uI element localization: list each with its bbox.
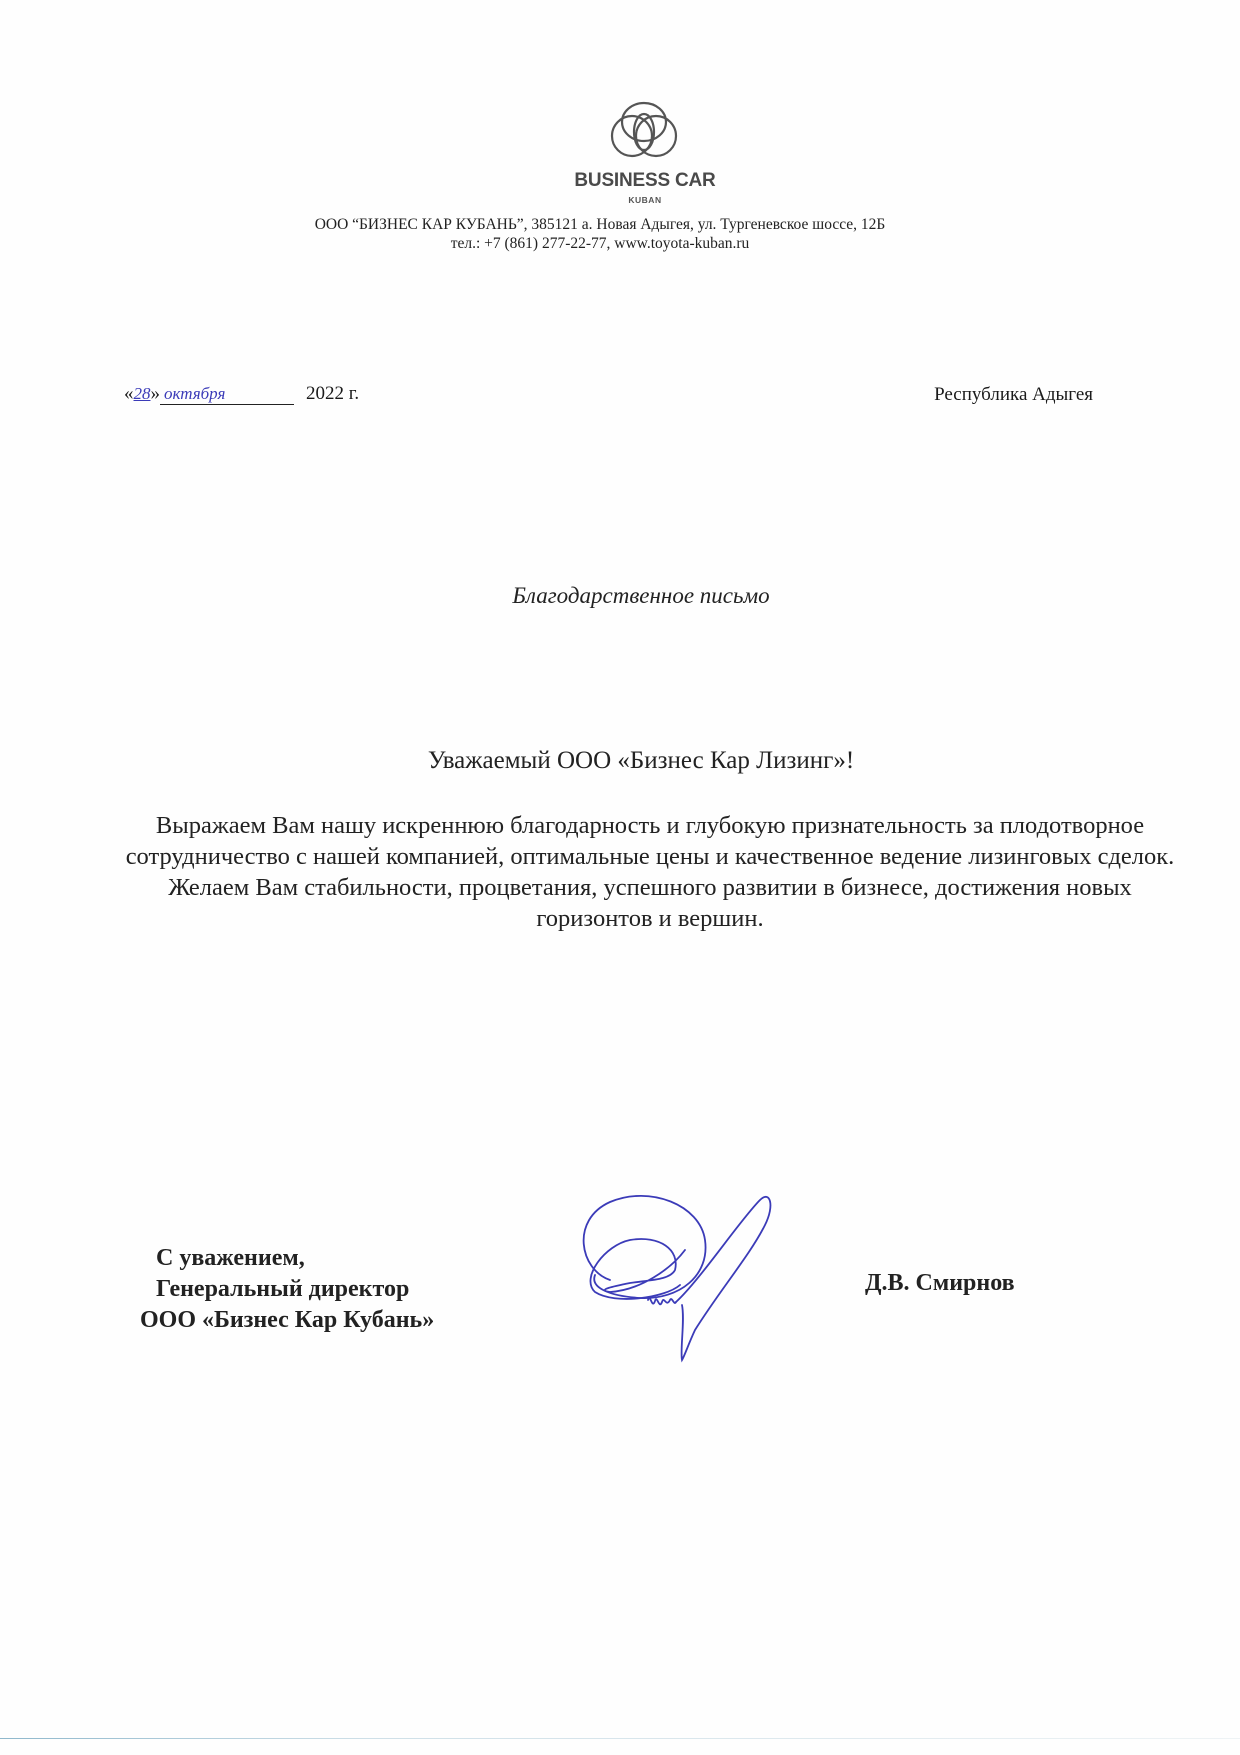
brand-name: BUSINESS CAR [500,170,790,192]
document-title: Благодарственное письмо [0,583,1240,609]
signatory-company: ООО «Бизнес Кар Кубань» [140,1305,434,1336]
body-paragraph-gratitude: Выражаем Вам нашу искреннюю благодарност… [110,810,1190,872]
signatory-block: С уважением, Генеральный директор ООО «Б… [140,1243,434,1336]
contact-line: тел.: +7 (861) 277-22-77, www.toyota-kub… [240,234,960,253]
address-line: ООО “БИЗНЕС КАР КУБАНЬ”, 385121 а. Новая… [240,215,960,234]
salutation: Уважаемый ООО «Бизнес Кар Лизинг»! [0,747,1240,775]
signatory-position: Генеральный директор [140,1274,434,1305]
letter-date: « 28 » октября 2022 г. [124,383,359,405]
interlocking-rings-logo-icon [606,100,682,162]
date-year: 2022 г. [306,383,359,405]
letter-location: Республика Адыгея [934,384,1093,406]
body-paragraph-wishes: Желаем Вам стабильности, процветания, ус… [110,872,1190,934]
handwritten-signature-icon [570,1180,830,1380]
date-day-handwritten: 28 [134,384,151,404]
date-month-handwritten: октября [160,384,294,405]
letter-body: Выражаем Вам нашу искреннюю благодарност… [110,810,1190,934]
letter-page: BUSINESS CAR KUBAN ООО “БИЗНЕС КАР КУБАН… [0,0,1240,1755]
scan-edge-divider [0,1738,1240,1739]
date-open-quote: « [124,383,134,405]
date-close-quote: » [151,383,161,405]
closing-phrase: С уважением, [140,1243,434,1274]
company-address: ООО “БИЗНЕС КАР КУБАНЬ”, 385121 а. Новая… [240,215,960,253]
signatory-name: Д.В. Смирнов [865,1270,1015,1297]
brand-subtitle: KUBAN [500,195,790,205]
